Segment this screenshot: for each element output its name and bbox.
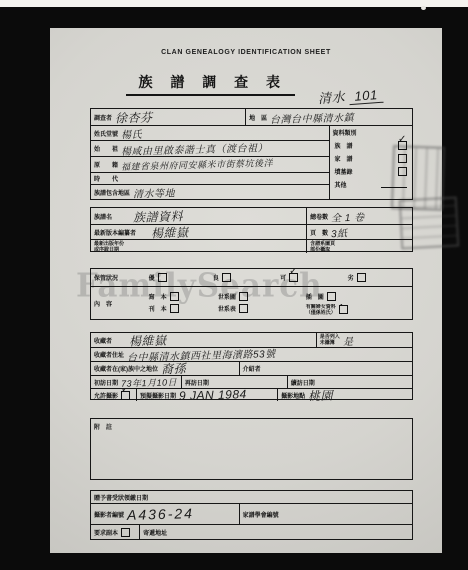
photographer-number-field: 攝影者編號 A436-24 xyxy=(91,504,239,524)
second-visit-field: 再訪日期 xyxy=(181,376,287,388)
scan-artifact xyxy=(421,6,426,10)
photo-place-field: 攝影地點 桃園 xyxy=(277,389,412,401)
category-item-label: 家 譜 xyxy=(335,154,353,163)
category-item: 墳墓錄 xyxy=(333,167,409,176)
ancestor-value: 楊咸由里啟泰諧士真（渡台祖） xyxy=(121,141,268,156)
checkbox-icon xyxy=(398,154,407,163)
area-label: 地 區 xyxy=(249,113,267,122)
option-label: 刊 本 xyxy=(149,304,167,313)
checkbox-icon xyxy=(398,167,407,176)
photo-place-value: 桃園 xyxy=(308,389,333,401)
clan-position-field: 收藏者在(家)族中之地位 裔孫 xyxy=(91,362,239,375)
area-field: 地 區 台灣台中縣清水鎮 xyxy=(245,109,412,125)
coverage-label: 族譜包含地區 xyxy=(94,188,130,197)
fill-in-line xyxy=(381,181,407,188)
checkbox-icon: ✓ xyxy=(121,391,130,400)
owner-address-value: 台中縣清水鎮西社里海濱路53號 xyxy=(127,348,276,361)
admin-block: 贈予書受狀領繳日期 攝影者編號 A436-24 家譜學會編號 要求副本 寄遞地址 xyxy=(90,490,413,540)
photo-permit-field: 允許攝影 ✓ xyxy=(91,389,136,401)
checkbox-icon xyxy=(239,304,248,313)
genealogy-name-field: 族譜名 族譜資料 xyxy=(91,208,306,224)
third-visit-label: 續訪日期 xyxy=(291,378,315,387)
coverage-field: 族譜包含地區 清水等地 xyxy=(91,184,329,200)
content-option: 插 圖 xyxy=(303,292,412,301)
condition-label-cell: 保管狀況 xyxy=(91,269,146,286)
annotation-prefix: 清水 xyxy=(318,89,346,106)
women-data-option: 有關婦女資料 （僅係姓氏） ✓ xyxy=(303,304,412,316)
first-visit-field: 初訪日期 73年1月10日 xyxy=(91,376,181,388)
checkbox-icon: ✓ xyxy=(170,292,179,301)
first-visit-value: 73年1月10日 xyxy=(121,376,177,388)
pages-value: 3紙 xyxy=(331,225,348,239)
owner-address-label: 收藏者住址 xyxy=(94,350,124,359)
checkmark: ✓ xyxy=(121,389,129,395)
english-header: CLAN GENEALOGY IDENTIFICATION SHEET xyxy=(50,49,442,56)
listed-value: 是 xyxy=(343,333,354,347)
owner-name-label: 收藏者 xyxy=(94,336,112,345)
document-page: CLAN GENEALOGY IDENTIFICATION SHEET 族 譜 … xyxy=(50,28,442,553)
checkbox-icon: ✓ xyxy=(289,273,298,282)
remarks-label: 附 註 xyxy=(94,422,112,431)
surname-label: 姓氏堂號 xyxy=(94,129,118,138)
option-label: 劣 xyxy=(348,273,354,282)
checkmark: ✓ xyxy=(289,269,297,277)
society-number-field: 家譜學會編號 xyxy=(239,504,412,524)
ancestor-field: 始 祖 楊咸由里啟泰諧士真（渡台祖） xyxy=(91,140,329,156)
material-category-box: 資料類別 族 譜 ✓ 家 譜 墳墓錄 其他 xyxy=(329,126,412,200)
option-label: 優 xyxy=(149,273,155,282)
era-field: 時 代 xyxy=(91,172,329,184)
condition-option: 良 xyxy=(210,269,277,286)
chart-pages-field: 含譜系圖頁 部份攝取 xyxy=(306,240,412,253)
option-label: 寫 本 xyxy=(149,292,167,301)
volumes-value: 全 1 卷 xyxy=(331,208,365,224)
category-item-label: 墳墓錄 xyxy=(335,167,353,176)
category-item-other: 其他 xyxy=(333,180,409,189)
photo-permit-label: 允許攝影 xyxy=(94,391,118,400)
remarks-block: 附 註 xyxy=(90,418,413,480)
publication-field: 最新出版年份 或序跋日期 xyxy=(91,240,306,253)
photographer-number-value: A436-24 xyxy=(127,505,194,523)
origin-field: 原 籍 福建省泉州府同安縣米市街蔡坑後洋 xyxy=(91,156,329,172)
planned-photo-date-value: 9 JAN 1984 xyxy=(179,389,247,401)
area-value: 台灣台中縣清水鎮 xyxy=(270,109,354,125)
owner-block: 收藏者 楊維嶽 是否列入 未攝簿 是 收藏者住址 台中縣清水鎮西社里海濱路53號… xyxy=(90,332,413,400)
scan-top-edge xyxy=(0,0,468,7)
checkbox-icon xyxy=(357,273,366,282)
clan-position-value: 裔孫 xyxy=(161,362,186,375)
checkbox-icon xyxy=(170,304,179,313)
compiler-field: 最新版本編纂者 楊維嶽 xyxy=(91,225,306,239)
content-option: 世系圖 ✓ xyxy=(215,292,303,301)
category-item: 族 譜 ✓ xyxy=(333,141,409,150)
investigator-label: 調查者 xyxy=(94,113,112,122)
introducer-field: 介紹者 xyxy=(239,362,412,375)
checkbox-icon: ✓ xyxy=(339,305,348,314)
checkbox-icon: ✓ xyxy=(239,292,248,301)
photo-place-label: 攝影地點 xyxy=(281,391,305,400)
category-item-label: 其他 xyxy=(335,180,347,189)
origin-value: 福建省泉州府同安縣米市街蔡坑後洋 xyxy=(121,157,273,172)
chart-pages-label-line2: 部份攝取 xyxy=(310,247,335,253)
checkbox-icon xyxy=(121,528,130,537)
content-option: 世系表 xyxy=(215,304,303,313)
owner-address-field: 收藏者住址 台中縣清水鎮西社里海濱路53號 xyxy=(91,347,412,361)
compiler-value: 楊維嶽 xyxy=(151,225,189,239)
planned-photo-date-field: 預擬攝影日期 9 JAN 1984 xyxy=(136,389,277,401)
content-label-cell: 內 容 xyxy=(91,287,146,320)
third-visit-field: 續訪日期 xyxy=(287,376,412,388)
annotation-number: 101 xyxy=(349,87,383,105)
grant-date-label: 贈予書受狀領繳日期 xyxy=(94,493,148,502)
condition-option: 優 xyxy=(146,269,210,286)
copy-request-label: 要求副本 xyxy=(94,528,118,537)
mailing-address-label: 寄遞地址 xyxy=(143,528,167,537)
mailing-address-field: 寄遞地址 xyxy=(139,525,412,540)
volumes-field: 總卷數 全 1 卷 xyxy=(306,208,412,224)
checkbox-icon xyxy=(327,292,336,301)
category-item: 家 譜 xyxy=(333,154,409,163)
second-visit-label: 再訪日期 xyxy=(185,378,209,387)
compiler-label: 最新版本編纂者 xyxy=(94,228,136,237)
checkbox-icon xyxy=(158,273,167,282)
photographer-number-label: 攝影者編號 xyxy=(94,510,124,519)
owner-name-value: 楊維嶽 xyxy=(129,333,167,347)
listed-label-line2: 未攝簿 xyxy=(320,340,340,346)
checkbox-icon xyxy=(222,273,231,282)
content-option: 寫 本 ✓ xyxy=(146,292,215,301)
investigator-field: 調查者 徐杏芬 xyxy=(91,109,245,125)
condition-option: 劣 xyxy=(345,269,412,286)
checkmark: ✓ xyxy=(170,292,178,296)
survey-block: 調查者 徐杏芬 地 區 台灣台中縣清水鎮 姓氏堂號 楊氏 始 祖 xyxy=(90,108,413,200)
condition-label: 保管狀況 xyxy=(94,273,118,282)
volume-block: 族譜名 族譜資料 總卷數 全 1 卷 最新版本編纂者 楊維嶽 頁 數 3紙 最新… xyxy=(90,207,413,252)
coverage-value: 清水等地 xyxy=(133,185,175,200)
owner-name-field: 收藏者 楊維嶽 xyxy=(91,333,316,347)
women-data-label-line2: （僅係姓氏） xyxy=(306,310,336,316)
checkmark: ✓ xyxy=(398,134,406,145)
category-item-label: 族 譜 xyxy=(335,141,353,150)
page-title: 族 譜 調 查 表 xyxy=(126,72,295,96)
planned-photo-date-label: 預擬攝影日期 xyxy=(140,391,176,400)
option-label: 插 圖 xyxy=(306,292,324,301)
handwritten-page-annotation: 清水 101 xyxy=(317,84,383,108)
origin-label: 原 籍 xyxy=(94,160,118,169)
option-label: 世系表 xyxy=(218,304,236,313)
scanned-genealogy-sheet: { "page": { "header_en": "CLAN GENEALOGY… xyxy=(0,0,468,570)
society-number-label: 家譜學會編號 xyxy=(243,510,279,519)
investigator-value: 徐杏芬 xyxy=(115,109,153,125)
pages-field: 頁 數 3紙 xyxy=(306,225,412,239)
genealogy-name-label: 族譜名 xyxy=(94,212,112,221)
era-label: 時 代 xyxy=(94,174,118,183)
surname-field: 姓氏堂號 楊氏 xyxy=(91,126,329,140)
introducer-label: 介紹者 xyxy=(243,364,261,373)
listed-field: 是否列入 未攝簿 是 xyxy=(316,333,412,347)
genealogy-name-value: 族譜資料 xyxy=(133,208,183,224)
first-visit-label: 初訪日期 xyxy=(94,378,118,387)
pages-label: 頁 數 xyxy=(310,228,328,237)
ancestor-label: 始 祖 xyxy=(94,144,118,153)
option-label: 良 xyxy=(213,273,219,282)
checkbox-icon: ✓ xyxy=(398,141,407,150)
grant-date-field: 贈予書受狀領繳日期 xyxy=(91,491,412,503)
option-label: 世系圖 xyxy=(218,292,236,301)
condition-option: 可 ✓ xyxy=(277,269,344,286)
content-label: 內 容 xyxy=(94,299,112,308)
checkmark: ✓ xyxy=(339,304,347,310)
copy-request-field: 要求副本 xyxy=(91,525,139,540)
option-label: 可 xyxy=(280,273,286,282)
clan-position-label: 收藏者在(家)族中之地位 xyxy=(94,364,158,373)
condition-block: 保管狀況 優 良 可 ✓ 劣 內 容 xyxy=(90,268,413,320)
surname-value: 楊氏 xyxy=(121,126,142,140)
checkmark: ✓ xyxy=(239,292,247,296)
content-option: 刊 本 xyxy=(146,304,215,313)
volumes-label: 總卷數 xyxy=(310,212,328,221)
publication-label-line2: 或序跋日期 xyxy=(94,247,124,253)
